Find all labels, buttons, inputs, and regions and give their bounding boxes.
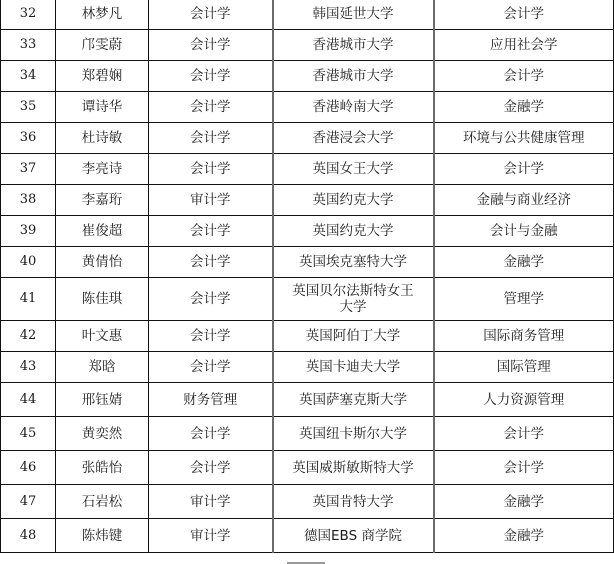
table-row: 37 李亮诗 会计学 英国女王大学 会计学 xyxy=(1,154,614,185)
student-name: 黄奕然 xyxy=(56,417,149,451)
student-name: 李嘉珩 xyxy=(56,185,149,216)
student-name: 邢钰婧 xyxy=(56,383,149,417)
row-number: 42 xyxy=(1,321,56,352)
admitted-school: 英国肯特大学 xyxy=(273,485,434,519)
admitted-school: 英国纽卡斯尔大学 xyxy=(273,417,434,451)
table-row: 42 叶文惠 会计学 英国阿伯丁大学 国际商务管理 xyxy=(1,321,614,352)
row-number: 45 xyxy=(1,417,56,451)
table-row: 48 陈炜键 审计学 德国EBS 商学院 金融学 xyxy=(1,519,614,553)
student-name: 邝雯蔚 xyxy=(56,30,149,61)
student-name: 杜诗敏 xyxy=(56,123,149,154)
student-name: 张皓怡 xyxy=(56,451,149,485)
undergrad-major: 会计学 xyxy=(149,30,273,61)
admitted-school: 英国女王大学 xyxy=(273,154,434,185)
table-row: 43 郑晗 会计学 英国卡迪夫大学 国际管理 xyxy=(1,352,614,383)
row-number: 39 xyxy=(1,216,56,247)
admitted-school: 香港城市大学 xyxy=(273,61,434,92)
admitted-program: 金融学 xyxy=(434,92,614,123)
admitted-program: 环境与公共健康管理 xyxy=(434,123,614,154)
row-number: 43 xyxy=(1,352,56,383)
admitted-school: 英国卡迪夫大学 xyxy=(273,352,434,383)
admitted-program: 国际管理 xyxy=(434,352,614,383)
admitted-program: 会计学 xyxy=(434,417,614,451)
undergrad-major: 会计学 xyxy=(149,154,273,185)
student-name: 陈炜键 xyxy=(56,519,149,553)
undergrad-major: 会计学 xyxy=(149,0,273,30)
admitted-program: 管理学 xyxy=(434,278,614,321)
admitted-program: 会计学 xyxy=(434,451,614,485)
student-name: 李亮诗 xyxy=(56,154,149,185)
admitted-school: 英国埃克塞特大学 xyxy=(273,247,434,278)
row-number: 33 xyxy=(1,30,56,61)
undergrad-major: 会计学 xyxy=(149,123,273,154)
undergrad-major: 会计学 xyxy=(149,61,273,92)
admitted-program: 金融与商业经济 xyxy=(434,185,614,216)
admitted-school: 英国威斯敏斯特大学 xyxy=(273,451,434,485)
row-number: 37 xyxy=(1,154,56,185)
student-name: 谭诗华 xyxy=(56,92,149,123)
table-row: 33 邝雯蔚 会计学 香港城市大学 应用社会学 xyxy=(1,30,614,61)
row-number: 44 xyxy=(1,383,56,417)
admitted-school: 英国约克大学 xyxy=(273,216,434,247)
admitted-school: 香港浸会大学 xyxy=(273,123,434,154)
undergrad-major: 会计学 xyxy=(149,247,273,278)
student-name: 郑碧娴 xyxy=(56,61,149,92)
admitted-program: 会计学 xyxy=(434,154,614,185)
admitted-school: 英国贝尔法斯特女王大学 xyxy=(273,278,434,321)
admitted-program: 金融学 xyxy=(434,485,614,519)
undergrad-major: 审计学 xyxy=(149,185,273,216)
table-row: 44 邢钰婧 财务管理 英国萨塞克斯大学 人力资源管理 xyxy=(1,383,614,417)
admitted-school: 香港城市大学 xyxy=(273,30,434,61)
table-row: 47 石岩松 审计学 英国肯特大学 金融学 xyxy=(1,485,614,519)
undergrad-major: 会计学 xyxy=(149,216,273,247)
admitted-school: 香港岭南大学 xyxy=(273,92,434,123)
student-name: 陈佳琪 xyxy=(56,278,149,321)
row-number: 35 xyxy=(1,92,56,123)
admitted-school: 德国EBS 商学院 xyxy=(273,519,434,553)
undergrad-major: 会计学 xyxy=(149,321,273,352)
undergrad-major: 会计学 xyxy=(149,417,273,451)
admitted-school: 韩国延世大学 xyxy=(273,0,434,30)
admitted-program: 国际商务管理 xyxy=(434,321,614,352)
admitted-program: 金融学 xyxy=(434,247,614,278)
admissions-table: 32 林梦凡 会计学 韩国延世大学 会计学 33 邝雯蔚 会计学 香港城市大学 … xyxy=(0,0,614,553)
row-number: 34 xyxy=(1,61,56,92)
admitted-program: 金融学 xyxy=(434,519,614,553)
row-number: 47 xyxy=(1,485,56,519)
row-number: 32 xyxy=(1,0,56,30)
table-row: 36 杜诗敏 会计学 香港浸会大学 环境与公共健康管理 xyxy=(1,123,614,154)
admitted-school: 英国萨塞克斯大学 xyxy=(273,383,434,417)
table-row: 39 崔俊超 会计学 英国约克大学 会计与金融 xyxy=(1,216,614,247)
undergrad-major: 财务管理 xyxy=(149,383,273,417)
student-name: 林梦凡 xyxy=(56,0,149,30)
student-name: 黄倩怡 xyxy=(56,247,149,278)
table-row: 41 陈佳琪 会计学 英国贝尔法斯特女王大学 管理学 xyxy=(1,278,614,321)
student-name: 崔俊超 xyxy=(56,216,149,247)
row-number: 48 xyxy=(1,519,56,553)
admitted-program: 会计与金融 xyxy=(434,216,614,247)
undergrad-major: 会计学 xyxy=(149,278,273,321)
table-row: 40 黄倩怡 会计学 英国埃克塞特大学 金融学 xyxy=(1,247,614,278)
row-number: 46 xyxy=(1,451,56,485)
admitted-program: 会计学 xyxy=(434,0,614,30)
table-row: 32 林梦凡 会计学 韩国延世大学 会计学 xyxy=(1,0,614,30)
table-row: 38 李嘉珩 审计学 英国约克大学 金融与商业经济 xyxy=(1,185,614,216)
student-name: 郑晗 xyxy=(56,352,149,383)
undergrad-major: 会计学 xyxy=(149,451,273,485)
undergrad-major: 审计学 xyxy=(149,519,273,553)
admitted-school: 英国约克大学 xyxy=(273,185,434,216)
admitted-program: 应用社会学 xyxy=(434,30,614,61)
student-name: 叶文惠 xyxy=(56,321,149,352)
table-row: 46 张皓怡 会计学 英国威斯敏斯特大学 会计学 xyxy=(1,451,614,485)
table-row: 35 谭诗华 会计学 香港岭南大学 金融学 xyxy=(1,92,614,123)
row-number: 36 xyxy=(1,123,56,154)
table-row: 45 黄奕然 会计学 英国纽卡斯尔大学 会计学 xyxy=(1,417,614,451)
admitted-program: 人力资源管理 xyxy=(434,383,614,417)
student-name: 石岩松 xyxy=(56,485,149,519)
undergrad-major: 审计学 xyxy=(149,485,273,519)
undergrad-major: 会计学 xyxy=(149,352,273,383)
admitted-program: 会计学 xyxy=(434,61,614,92)
admitted-school: 英国阿伯丁大学 xyxy=(273,321,434,352)
row-number: 40 xyxy=(1,247,56,278)
row-number: 41 xyxy=(1,278,56,321)
table-row: 34 郑碧娴 会计学 香港城市大学 会计学 xyxy=(1,61,614,92)
admissions-table-container: 32 林梦凡 会计学 韩国延世大学 会计学 33 邝雯蔚 会计学 香港城市大学 … xyxy=(0,0,614,553)
undergrad-major: 会计学 xyxy=(149,92,273,123)
row-number: 38 xyxy=(1,185,56,216)
